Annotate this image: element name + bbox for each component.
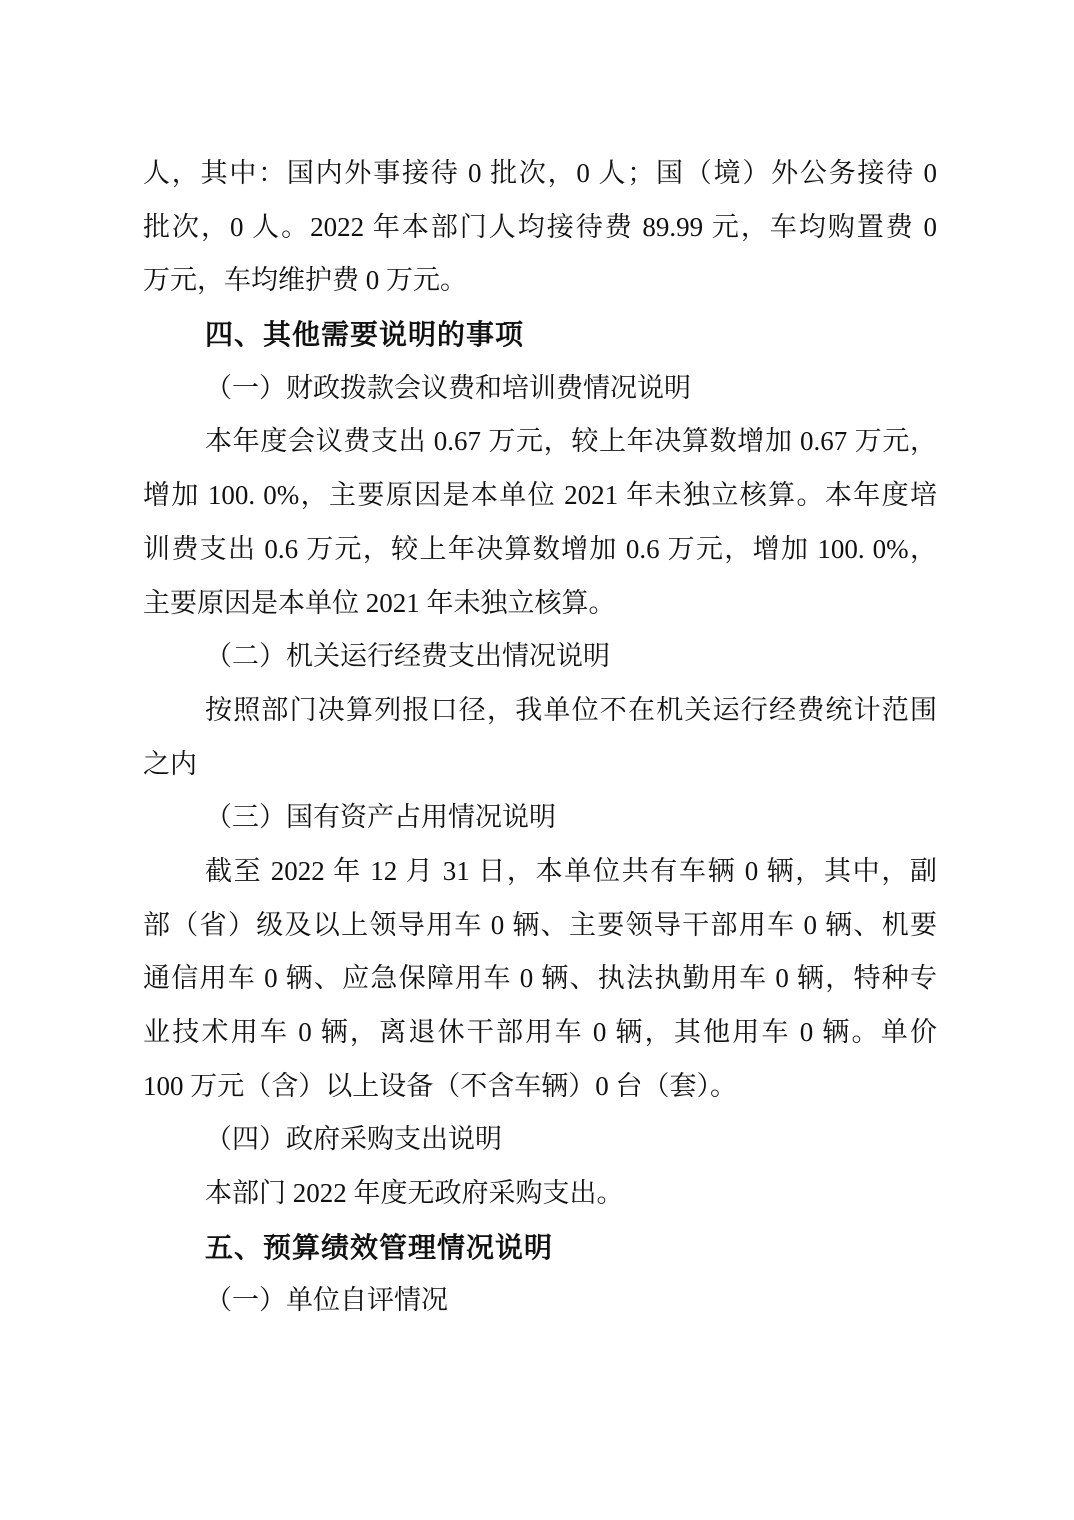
paragraph-line: 万元，车均维护费 0 万元。 <box>143 254 937 308</box>
paragraph-line: 增加 100. 0%，主要原因是本单位 2021 年未独立核算。本年度培 <box>143 469 937 523</box>
document-page: 人，其中：国内外事接待 0 批次，0 人；国（境）外公务接待 0 批次，0 人。… <box>0 0 1074 1520</box>
paragraph-line: 本年度会议费支出 0.67 万元，较上年决算数增加 0.67 万元， <box>143 415 937 469</box>
paragraph-line: 截至 2022 年 12 月 31 日，本单位共有车辆 0 辆，其中，副 <box>143 845 937 899</box>
paragraph-line: 按照部门决算列报口径，我单位不在机关运行经费统计范围 <box>143 684 937 738</box>
section-heading: 四、其他需要说明的事项 <box>143 308 937 362</box>
paragraph-line: 业技术用车 0 辆，离退休干部用车 0 辆，其他用车 0 辆。单价 <box>143 1006 937 1060</box>
subsection-title: （二）机关运行经费支出情况说明 <box>143 630 937 684</box>
subsection-title: （一）财政拨款会议费和培训费情况说明 <box>143 362 937 416</box>
paragraph-line: 人，其中：国内外事接待 0 批次，0 人；国（境）外公务接待 0 <box>143 147 937 201</box>
paragraph-line: 训费支出 0.6 万元，较上年决算数增加 0.6 万元，增加 100. 0%， <box>143 523 937 577</box>
paragraph-line: 主要原因是本单位 2021 年未独立核算。 <box>143 577 937 631</box>
paragraph-line: 本部门 2022 年度无政府采购支出。 <box>143 1167 937 1221</box>
section-heading: 五、预算绩效管理情况说明 <box>143 1221 937 1275</box>
subsection-title: （三）国有资产占用情况说明 <box>143 791 937 845</box>
document-text-block: 人，其中：国内外事接待 0 批次，0 人；国（境）外公务接待 0 批次，0 人。… <box>143 147 937 1328</box>
paragraph-line: 100 万元（含）以上设备（不含车辆）0 台（套）。 <box>143 1060 937 1114</box>
subsection-title: （一）单位自评情况 <box>143 1274 937 1328</box>
paragraph-line: 通信用车 0 辆、应急保障用车 0 辆、执法执勤用车 0 辆，特种专 <box>143 952 937 1006</box>
paragraph-line: 之内 <box>143 738 937 792</box>
paragraph-line: 批次，0 人。2022 年本部门人均接待费 89.99 元，车均购置费 0 <box>143 201 937 255</box>
subsection-title: （四）政府采购支出说明 <box>143 1113 937 1167</box>
paragraph-line: 部（省）级及以上领导用车 0 辆、主要领导干部用车 0 辆、机要 <box>143 899 937 953</box>
